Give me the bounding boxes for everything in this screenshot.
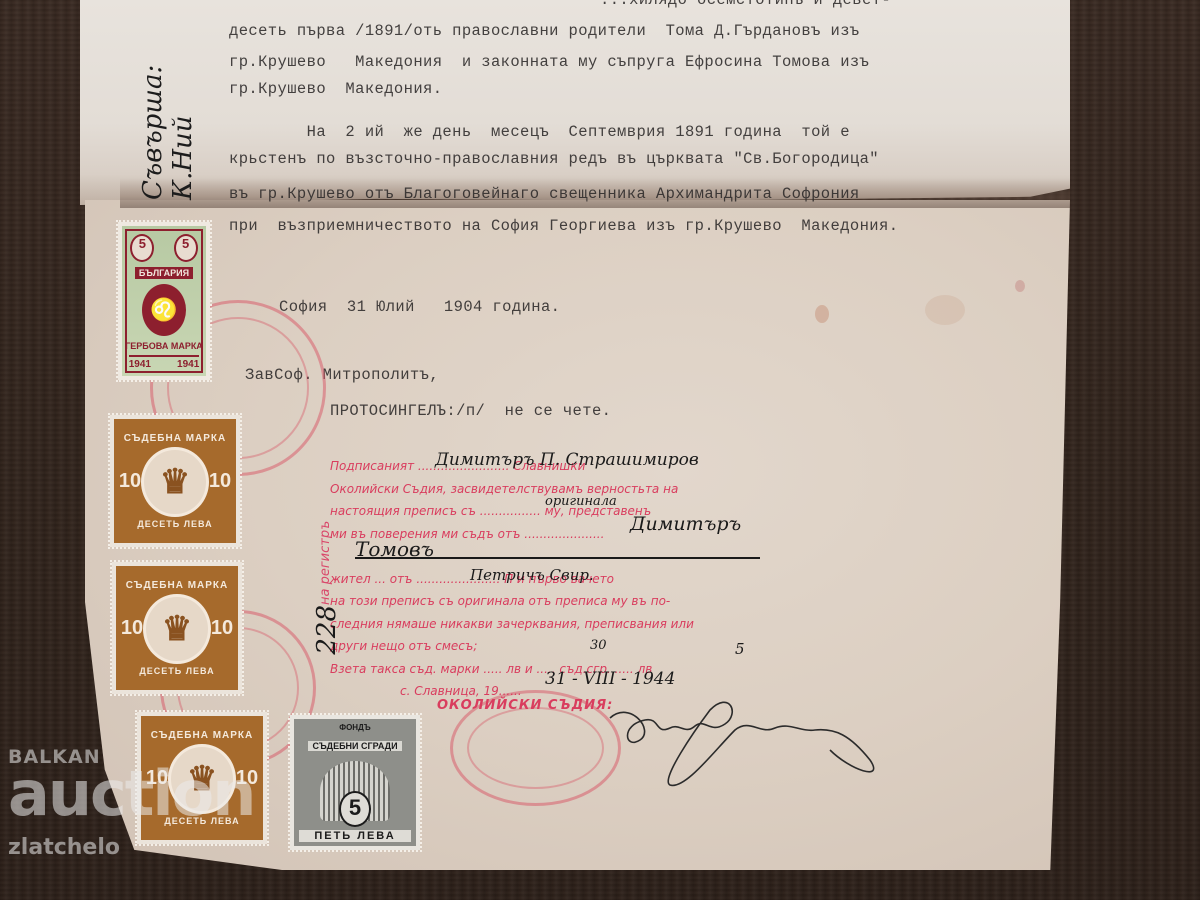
register-number: 228 xyxy=(312,605,342,655)
typed-line: крьстенъ по възсточно-православния редъ … xyxy=(229,150,879,168)
handwritten-original: оригинала xyxy=(545,494,617,509)
building-icon: 5 xyxy=(320,761,390,821)
watermark: BALKAN auction zlatchelo xyxy=(8,748,254,859)
typed-line: гр.Крушево Македония и законната му съпр… xyxy=(229,53,869,71)
stain xyxy=(1015,280,1025,292)
typed-line: десеть първа /1891/оть православни родит… xyxy=(229,22,860,40)
typed-line: гр.Крушево Македония. xyxy=(229,80,442,98)
coat-of-arms-icon: ♛ xyxy=(143,594,211,664)
handwritten-date: 31 - VIII - 1944 xyxy=(545,669,675,689)
handwritten-residence: Петричъ Свир. xyxy=(470,566,594,584)
margin-handwriting: Съвърша: К.Ний xyxy=(138,0,178,200)
judge-label: ОКОЛИЙСКИ СЪДИЯ: xyxy=(437,698,613,713)
handwritten-court-fee: 5 xyxy=(735,640,745,658)
stain xyxy=(815,305,829,323)
typed-line: въ гр.Крушево отъ Благоговейнаго свещенн… xyxy=(229,185,860,203)
stain xyxy=(925,295,965,325)
court-fund-stamp-5-leva: ФОНДЪ СЪДЕБНИ СГРАДИ 5 ПЕТЬ ЛЕВА xyxy=(290,715,420,850)
handwritten-presenter-first: Димитъръ xyxy=(630,513,741,535)
handwritten-signer-name: Димитъръ П. Страшимиров xyxy=(435,450,699,470)
judicial-stamp-10-leva: СЪДЕБНА МАРКА 10 ♛ 10 ДЕСЕТЬ ЛЕВА xyxy=(110,415,240,547)
place-date: София 31 Юлий 1904 година. xyxy=(279,298,560,316)
coat-of-arms-icon: ♛ xyxy=(141,447,209,517)
typed-line: при възприемничеството на София Георгиев… xyxy=(229,217,898,235)
judge-signature xyxy=(600,690,910,790)
handwritten-stamp-duty: 30 xyxy=(590,638,607,653)
protosyncellus-line: ПРОТОСИНГЕЛЪ:/п/ не се чете. xyxy=(330,402,611,420)
handwritten-underline xyxy=(355,557,760,559)
revenue-stamp-5-leva: 5 5 БЪЛГАРИЯ ♌ ГЕРБОВА МАРКА 1941 1941 xyxy=(118,222,210,380)
judicial-stamp-10-leva: СЪДЕБНА МАРКА 10 ♛ 10 ДЕСЕТЬ ЛЕВА xyxy=(112,562,242,694)
typed-line-cut: ...хилядо осемстотинъ и девет- xyxy=(600,0,891,9)
typed-line: На 2 ий же день месецъ Септемврия 1891 г… xyxy=(229,123,850,141)
